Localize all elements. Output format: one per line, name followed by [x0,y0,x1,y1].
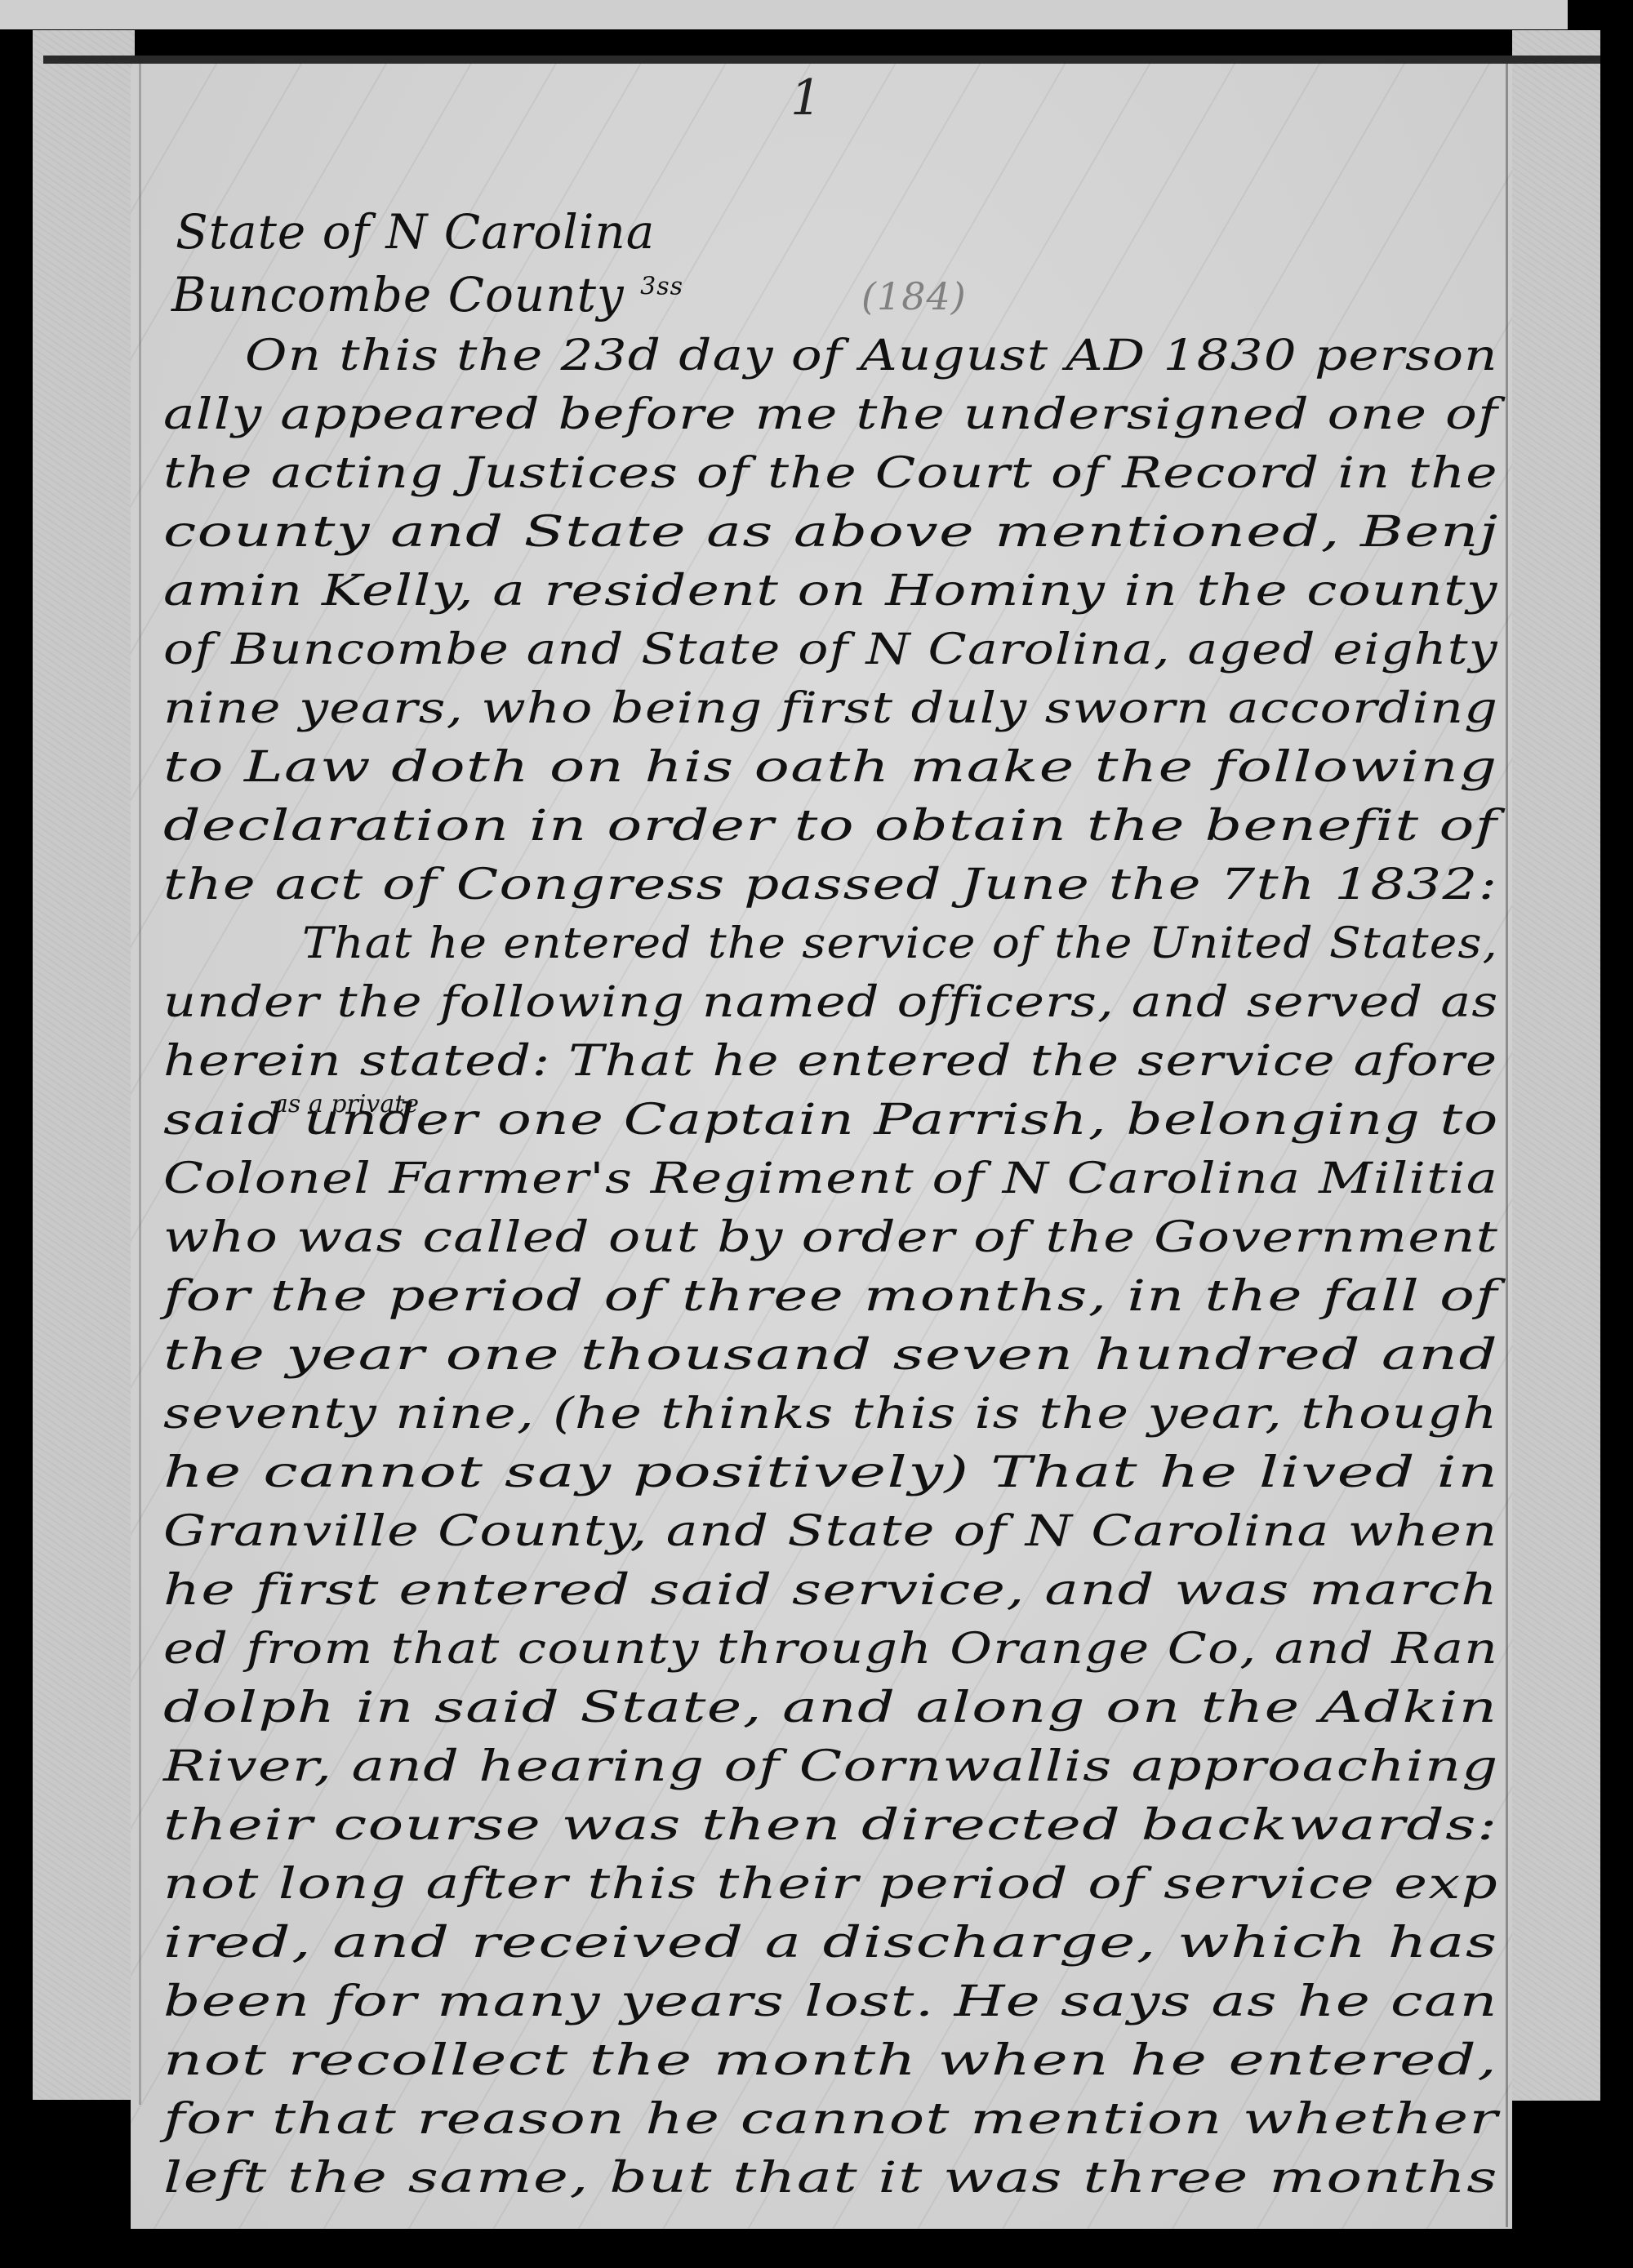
paper-top-strip [0,0,1568,29]
body-line: ally appeared before me the undersigned … [163,394,1498,436]
body-line: their course was then directed backwards… [163,1804,1498,1847]
body-line: for that reason he cannot mention whethe… [163,2098,1498,2141]
body-line: been for many years lost. He says as he … [163,1981,1498,2023]
faint-annotation: (184) [861,278,967,315]
body-line: dolph in said State, and along on the Ad… [163,1687,1497,1729]
body-line: he cannot say positively) That he lived … [163,1452,1499,1494]
body-line: not recollect the month when he entered, [163,2039,1497,2082]
body-line: for the period of three months, in the f… [163,1275,1498,1318]
body-line: not long after this their period of serv… [163,1863,1498,1906]
body-line: under the following named officers, and … [163,981,1498,1024]
body-line: On this the 23d day of August AD 1830 pe… [245,335,1498,377]
body-line: ed from that county through Orange Co, a… [163,1628,1498,1670]
right-margin-line [1506,64,1508,2227]
body-line: he first entered said service, and was m… [163,1569,1498,1612]
body-line: the year one thousand seven hundred and [163,1334,1498,1376]
heading-county-text: Buncombe County [171,267,625,322]
body-line: said under one Captain Parrish, belongin… [163,1099,1499,1141]
body-line: of Buncombe and State of N Carolina, age… [163,629,1498,671]
body-line: to Law doth on his oath make the followi… [163,746,1497,789]
body-line: left the same, but that it was three mon… [163,2157,1498,2199]
body-line: Granville County, and State of N Carolin… [163,1510,1498,1553]
body-line: nine years, who being first duly sworn a… [163,687,1498,730]
body-line: That he entered the service of the Unite… [302,923,1498,965]
body-line: Colonel Farmer's Regiment of N Carolina … [163,1158,1498,1200]
body-line: the acting Justices of the Court of Reco… [163,452,1498,495]
heading-county: Buncombe County 3ss [171,271,683,318]
left-margin-line [139,64,141,2105]
body-line: River, and hearing of Cornwallis approac… [163,1745,1499,1788]
page-number: 1 [790,69,821,127]
body-line: seventy nine, (he thinks this is the yea… [163,1393,1498,1435]
body-line: county and State as above mentioned, Ben… [163,511,1498,554]
body-line: declaration in order to obtain the benef… [163,805,1497,847]
top-edge-rule [43,56,1600,64]
body-line: the act of Congress passed June the 7th … [163,864,1498,906]
ss-mark: 3ss [640,273,683,301]
body-line: ired, and received a discharge, which ha… [163,1922,1498,1964]
body-line: who was called out by order of the Gover… [163,1216,1498,1259]
paper-left-strip [33,30,135,2100]
paper-right-strip [1512,30,1600,2101]
body-line: herein stated: That he entered the servi… [163,1040,1497,1083]
body-line: amin Kelly, a resident on Hominy in the … [163,570,1498,612]
heading-state: State of N Carolina [176,208,655,256]
